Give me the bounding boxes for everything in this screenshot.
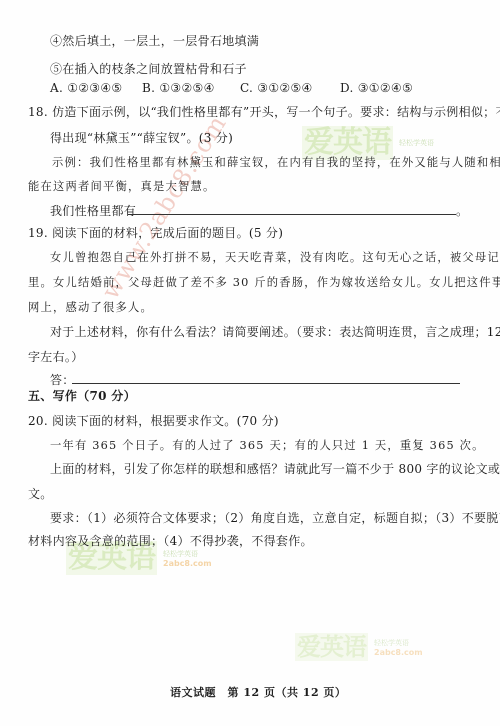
- q18-example-line1: 示例：我们性格里都有林黛玉和薛宝钗，在内有自我的坚持，在外又能与人随和相处，: [52, 155, 500, 171]
- logo-watermark-tagline: 轻松学英语: [163, 549, 212, 559]
- q20-requirements-line2: 材料内容及含意的范围；（4）不得抄袭，不得套作。: [28, 533, 313, 549]
- q17-option-b[interactable]: B. ①③②⑤④: [142, 80, 215, 96]
- q19-answer-blank[interactable]: [72, 383, 460, 384]
- q18-stem-line2: 得出现“林黛玉”“薛宝钗”。(3 分): [50, 130, 233, 146]
- q20-heading: 20. 阅读下面的材料，根据要求作文。(70 分): [28, 413, 279, 429]
- logo-watermark-tagline: 轻松学英语: [374, 638, 423, 648]
- q19-prompt-line2: 字左右。）: [28, 349, 84, 365]
- logo-watermark-site: 2abc8.com: [163, 559, 212, 568]
- q20-material: 一年有 365 个日子。有的人过了 365 天；有的人只过 1 天，重复 365…: [50, 438, 485, 454]
- q18-answer-blank[interactable]: [128, 214, 456, 215]
- q19-material-line1: 女儿曾抱怨自己在外打拼不易，天天吃青菜，没有肉吃。这句无心之话，被父母记在心: [50, 250, 500, 266]
- q18-example-line2: 能在这两者间平衡，真是大智慧。: [28, 179, 215, 195]
- q17-option-c[interactable]: C. ③①②⑤④: [240, 80, 313, 96]
- page-footer: 语文试题 第 12 页（共 12 页）: [170, 684, 346, 700]
- q17-step-5: ⑤在插入的枝条之间放置枯骨和石子: [50, 61, 247, 77]
- q18-answer-prefix: 我们性格里都有: [50, 203, 136, 219]
- q19-material-line3: 网上，感动了很多人。: [28, 300, 153, 316]
- q19-material-line2: 里。女儿结婚前，父母赶做了差不多 30 斤的香肠，作为嫁妆送给女儿。女儿把这件事…: [28, 275, 500, 291]
- q17-option-d[interactable]: D. ③①②④⑤: [340, 80, 413, 96]
- q19-answer-label: 答：: [50, 372, 75, 388]
- q20-prompt-line1: 上面的材料，引发了你怎样的联想和感悟？请就此写一篇不少于 800 字的议论文或记…: [50, 461, 500, 477]
- q18-stem-line1: 18. 仿造下面示例，以“我们性格里都有”开头，写一个句子。要求：结构与示例相似…: [28, 104, 500, 120]
- logo-watermark-site: 2abc8.com: [374, 648, 423, 657]
- q20-requirements-line1: 要求：（1）必须符合文体要求；（2）角度自选，立意自定，标题自拟；（3）不要脱离: [50, 510, 500, 526]
- q17-option-a[interactable]: A. ①②③④⑤: [50, 80, 122, 96]
- logo-watermark-text: 爱英语: [295, 633, 368, 661]
- logo-watermark-tagline: 轻松学英语: [399, 138, 434, 148]
- q18-answer-suffix: 。: [456, 203, 468, 219]
- section-5-heading: 五、写作（70 分）: [28, 388, 136, 404]
- logo-watermark-bottom: 爱英语 轻松学英语 2abc8.com: [295, 633, 423, 661]
- q20-prompt-line2: 文。: [28, 486, 53, 502]
- q19-prompt-line1: 对于上述材料，你有什么看法？请简要阐述。（要求：表达简明连贯，言之成理；120: [50, 324, 500, 340]
- q17-step-4: ④然后填土，一层土，一层骨石地填满: [50, 33, 259, 49]
- q19-heading: 19. 阅读下面的材料，完成后面的题目。(5 分): [28, 225, 283, 241]
